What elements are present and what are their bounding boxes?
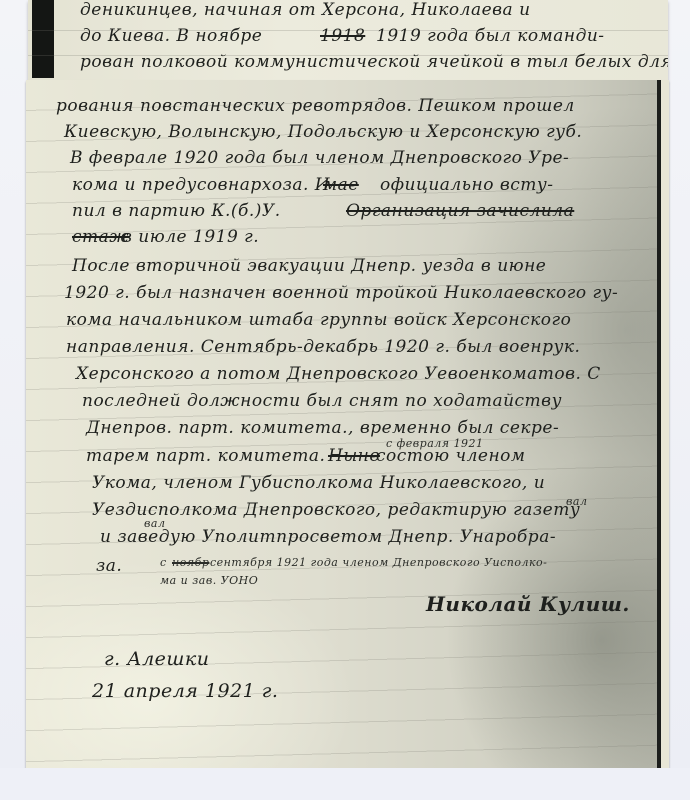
page-right-edge xyxy=(657,80,661,768)
handwritten-line: официально всту- xyxy=(380,175,554,195)
handwritten-line: состою членом xyxy=(376,446,526,466)
binding-edge xyxy=(32,0,54,78)
handwritten-line: После вторичной эвакуации Днепр. уезда в… xyxy=(72,256,546,276)
handwritten-line: последней должности был снят по ходатайс… xyxy=(82,391,562,411)
handwritten-line: деникинцев, начиная от Херсона, Николаев… xyxy=(80,0,531,20)
handwritten-line: и заведую Уполитпросветом Днепр. Унаробр… xyxy=(100,527,556,547)
previous-page-strip: деникинцев, начиная от Херсона, Николаев… xyxy=(28,0,668,81)
handwritten-line: за. xyxy=(96,556,122,576)
margin-note: ма и зав. УОНО xyxy=(160,574,258,587)
struck-text: стаж xyxy=(72,227,129,247)
handwritten-line: рования повстанческих ревотрядов. Пешком… xyxy=(56,96,575,116)
place-of-writing: г. Алешки xyxy=(104,648,210,670)
struck-text: 1918 xyxy=(320,26,365,46)
margin-note: с xyxy=(160,556,167,569)
margin-note: сентября 1921 года членом Днепровского У… xyxy=(210,556,547,569)
date-of-writing: 21 апреля 1921 г. xyxy=(92,680,278,702)
signature: Николай Кулиш. xyxy=(426,592,630,616)
handwritten-line: направления. Сентябрь-декабрь 1920 г. бы… xyxy=(66,337,580,357)
struck-text: Ныне xyxy=(328,446,380,466)
struck-text: Организация зачислила xyxy=(346,201,574,221)
handwritten-line: Херсонского а потом Днепровского Уевоенк… xyxy=(76,364,601,384)
struck-text: мае xyxy=(323,175,359,195)
document-page: рования повстанческих ревотрядов. Пешком… xyxy=(26,80,669,770)
handwritten-line: кома и предусовнархоза. И xyxy=(72,175,330,195)
handwritten-line: кома начальником штаба группы войск Херс… xyxy=(66,310,571,330)
handwritten-line: 1919 года был команди- xyxy=(376,26,605,46)
handwritten-line: пил в партию К.(б.)У. xyxy=(72,201,281,221)
handwritten-line: Днепров. парт. комитета., временно был с… xyxy=(86,418,559,438)
handwritten-line: тарем парт. комитета. xyxy=(86,446,325,466)
scan-bottom-margin xyxy=(0,768,690,800)
handwritten-line: рован полковой коммунистической ячейкой … xyxy=(80,52,668,72)
handwritten-line: Укома, членом Губисполкома Николаевского… xyxy=(92,473,545,493)
page-right-strip xyxy=(661,80,669,768)
handwritten-line: 1920 г. был назначен военной тройкой Ник… xyxy=(64,283,618,303)
struck-text: ноябр xyxy=(172,556,209,569)
handwritten-line: в июле 1919 г. xyxy=(122,227,259,247)
handwritten-line: В феврале 1920 года был членом Днепровск… xyxy=(70,148,569,168)
handwritten-line: Киевскую, Волынскую, Подольскую и Херсон… xyxy=(64,122,582,142)
handwritten-line: до Киева. В ноябре xyxy=(80,26,262,46)
